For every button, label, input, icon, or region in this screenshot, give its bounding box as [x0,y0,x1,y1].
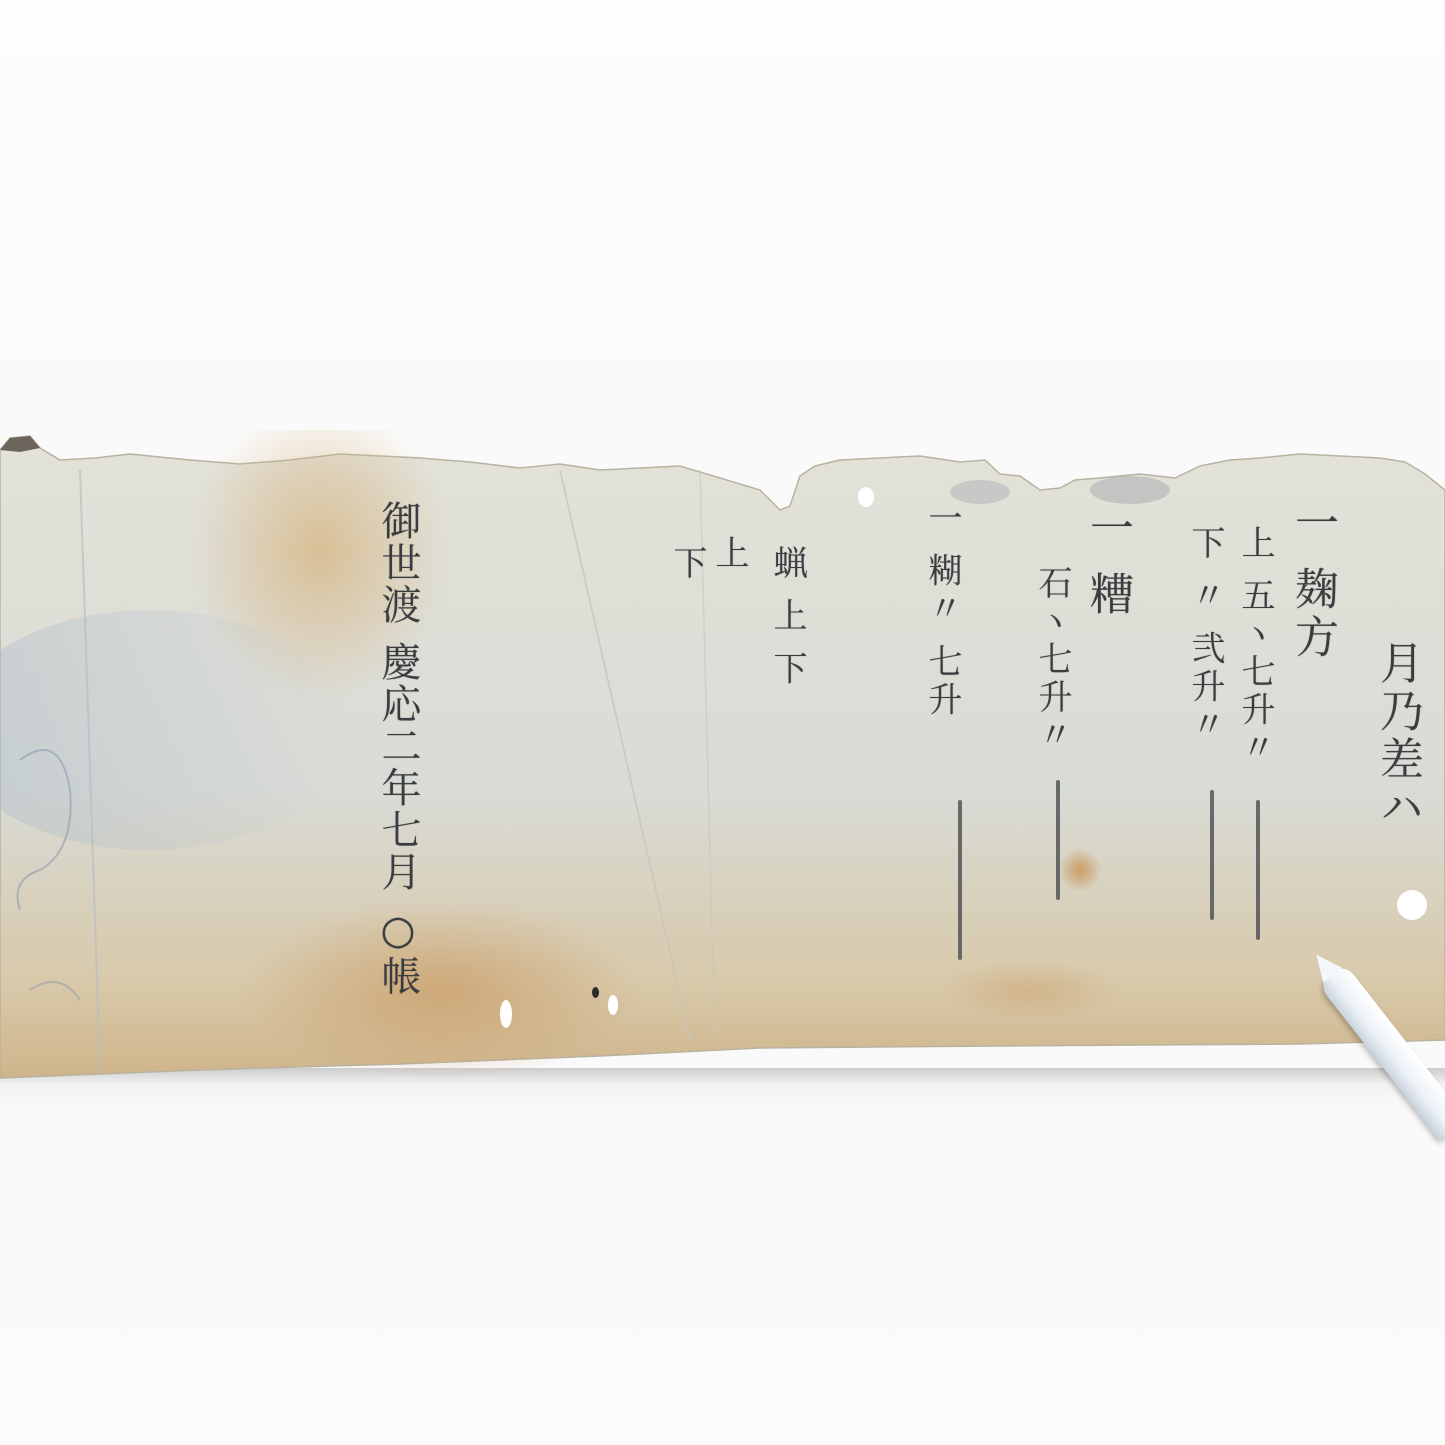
brush-stroke [1210,790,1214,920]
text-column-1: 月乃差ハ [1375,640,1419,832]
text-column-2: 一 麹方 [1290,500,1334,662]
aged-paper-document [0,430,1445,1085]
paper-hole [608,995,618,1015]
brush-stroke [1256,800,1260,940]
photo-stage: 月乃差ハ 一 麹方 上 五ヽ七升〃 下 〃 弐升〃 一 糟 石ヽ七升〃 一 糊〃… [0,0,1445,1445]
mark-upper: 上 [712,535,746,573]
ink-spot [592,987,599,998]
mark-lower: 下 [670,545,704,583]
paper-hole [858,487,874,507]
text-column-8: 蝋 上 下 [770,545,804,689]
brush-stroke [1056,780,1060,900]
paper-shape [0,430,1445,1085]
brush-stroke [958,800,962,960]
text-column-9: 御世渡 慶応二年七月 ○帳 [378,500,418,997]
text-column-4: 下 〃 弐升〃 [1188,525,1222,745]
text-column-6: 石ヽ七升〃 [1035,565,1069,755]
text-column-3: 上 五ヽ七升〃 [1238,525,1272,768]
paper-hole [1397,890,1427,920]
text-column-7: 一 糊〃 七升 [925,500,959,720]
text-column-5: 一 糟 [1085,505,1129,619]
paper-hole [500,1000,512,1028]
